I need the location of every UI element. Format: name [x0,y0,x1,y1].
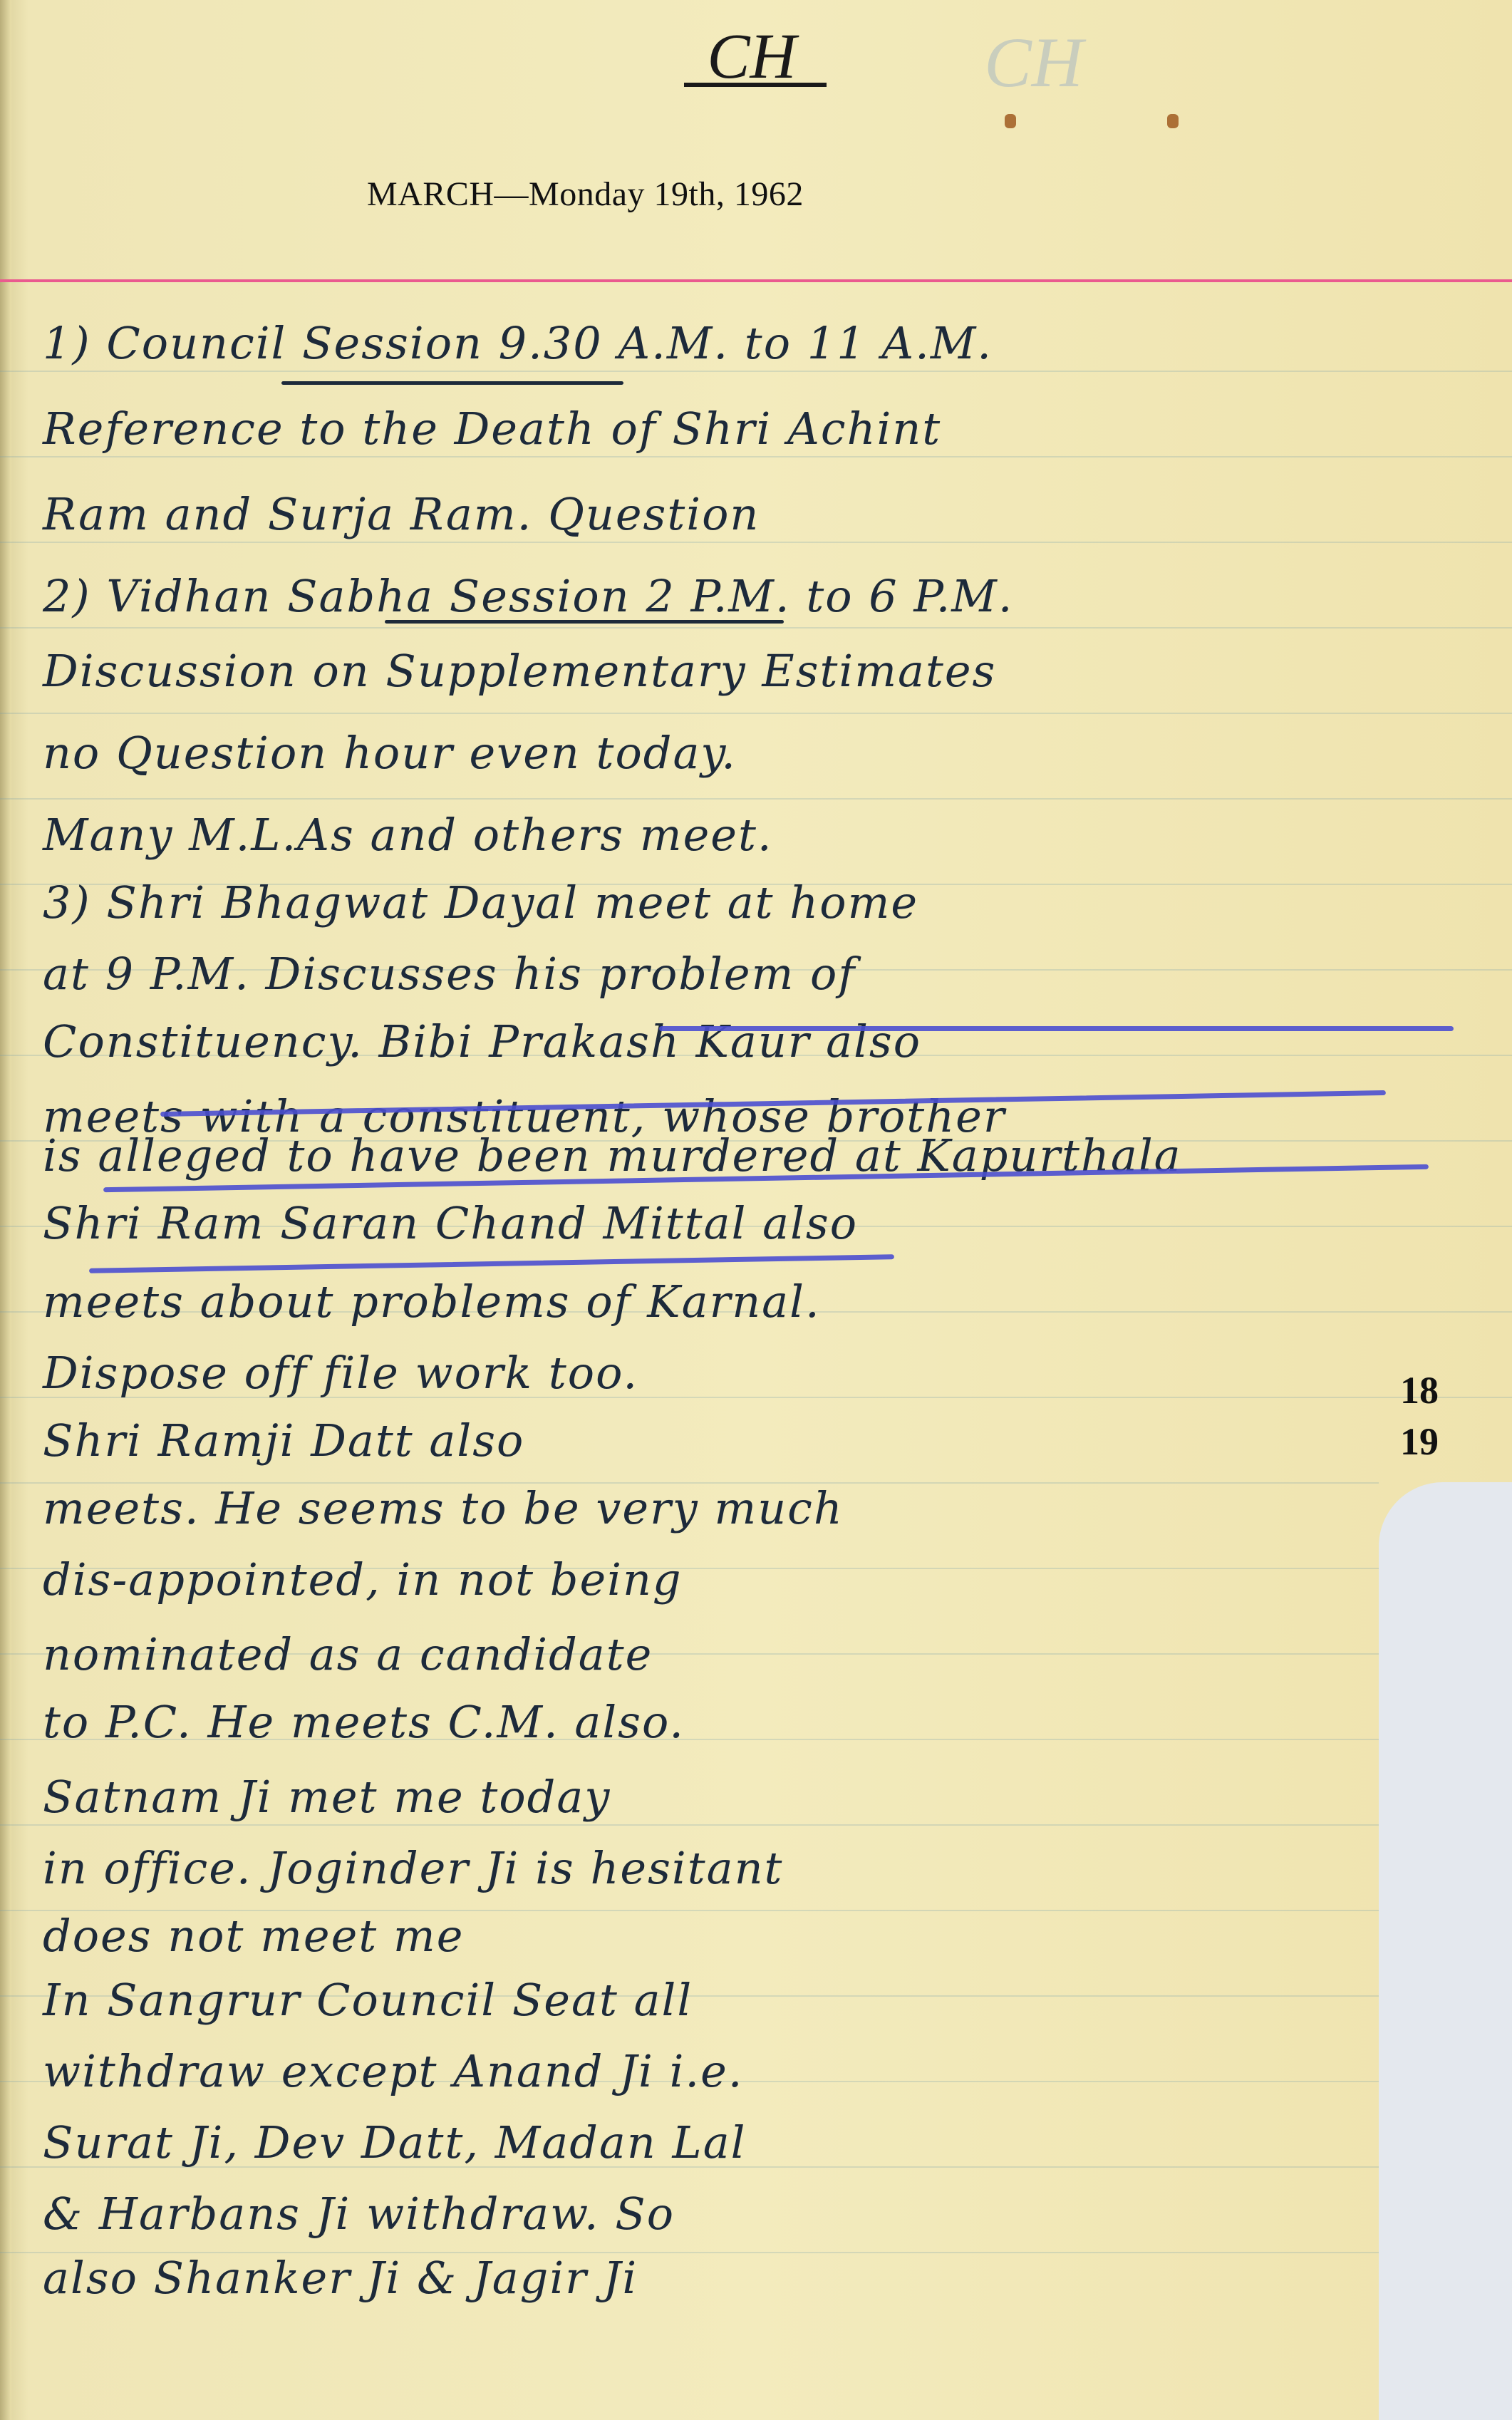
handwritten-line: Reference to the Death of Shri Achint [43,403,1397,455]
initials-mark: CH [677,21,827,100]
handwritten-line: to P.C. He meets C.M. also. [43,1696,1397,1748]
blue-pencil-underline [89,1254,894,1273]
handwritten-line: is alleged to have been murdered at Kapu… [43,1129,1397,1181]
staple-mark [1005,114,1016,128]
handwritten-line: nominated as a candidate [43,1628,1397,1680]
ruled-line [0,798,1512,800]
ruled-line [0,713,1512,714]
tab-date-19: 19 [1400,1416,1439,1467]
thumb-tab-cutaway [1379,1482,1512,2420]
handwritten-line: no Question hour even today. [43,727,1397,779]
blue-pencil-underline [659,1026,1454,1031]
handwritten-line: withdraw except Anand Ji i.e. [43,2045,1397,2097]
handwritten-line: Dispose off file work too. [43,1347,1397,1399]
handwritten-line: dis-appointed, in not being [43,1553,1397,1605]
ruled-line [0,627,1512,629]
handwritten-line: in office. Joginder Ji is hesitant [43,1842,1397,1894]
handwritten-line: meets. He seems to be very much [43,1482,1397,1534]
handwritten-line: Shri Ramji Datt also [43,1415,1397,1467]
handwritten-line: Constituency. Bibi Prakash Kaur also [43,1015,1397,1067]
thumb-tab-dates: 18 19 [1400,1365,1439,1467]
ink-underline [385,620,784,624]
ruled-line [0,456,1512,457]
bleed-through-mark: CH [584,21,1083,114]
handwritten-line: Surat Ji, Dev Datt, Madan Lal [43,2116,1397,2168]
handwritten-line: & Harbans Ji withdraw. So [43,2188,1397,2240]
ruled-line [0,1824,1379,1826]
initials-underline [684,83,827,87]
ruled-line [0,542,1512,543]
handwritten-line: Many M.L.As and others meet. [43,809,1397,861]
handwritten-line: also Shanker Ji & Jagir Ji [43,2252,1397,2304]
handwritten-line: 2) Vidhan Sabha Session 2 P.M. to 6 P.M. [43,570,1397,622]
diary-page: CH CH MARCH—Monday 19th, 1962 18 19 1) C… [0,0,1512,2420]
date-heading: MARCH—Monday 19th, 1962 [367,175,804,214]
handwritten-line: 1) Council Session 9.30 A.M. to 11 A.M. [43,317,1397,369]
handwritten-line: at 9 P.M. Discusses his problem of [43,948,1397,1000]
handwritten-line: Satnam Ji met me today [43,1771,1397,1823]
binding-edge [0,0,11,2420]
handwritten-line: In Sangrur Council Seat all [43,1974,1397,2026]
ruled-line [0,371,1512,372]
handwritten-line: 3) Shri Bhagwat Dayal meet at home [43,877,1397,929]
ink-underline [281,381,623,385]
staple-mark [1167,114,1179,128]
tab-date-18: 18 [1400,1365,1439,1416]
handwritten-line: Shri Ram Saran Chand Mittal also [43,1197,1397,1249]
handwritten-line: Discussion on Supplementary Estimates [43,645,1397,697]
handwritten-line: meets about problems of Karnal. [43,1276,1397,1328]
handwritten-line: does not meet me [43,1910,1397,1962]
handwritten-line: Ram and Surja Ram. Question [43,488,1397,540]
margin-rule [0,279,1512,282]
